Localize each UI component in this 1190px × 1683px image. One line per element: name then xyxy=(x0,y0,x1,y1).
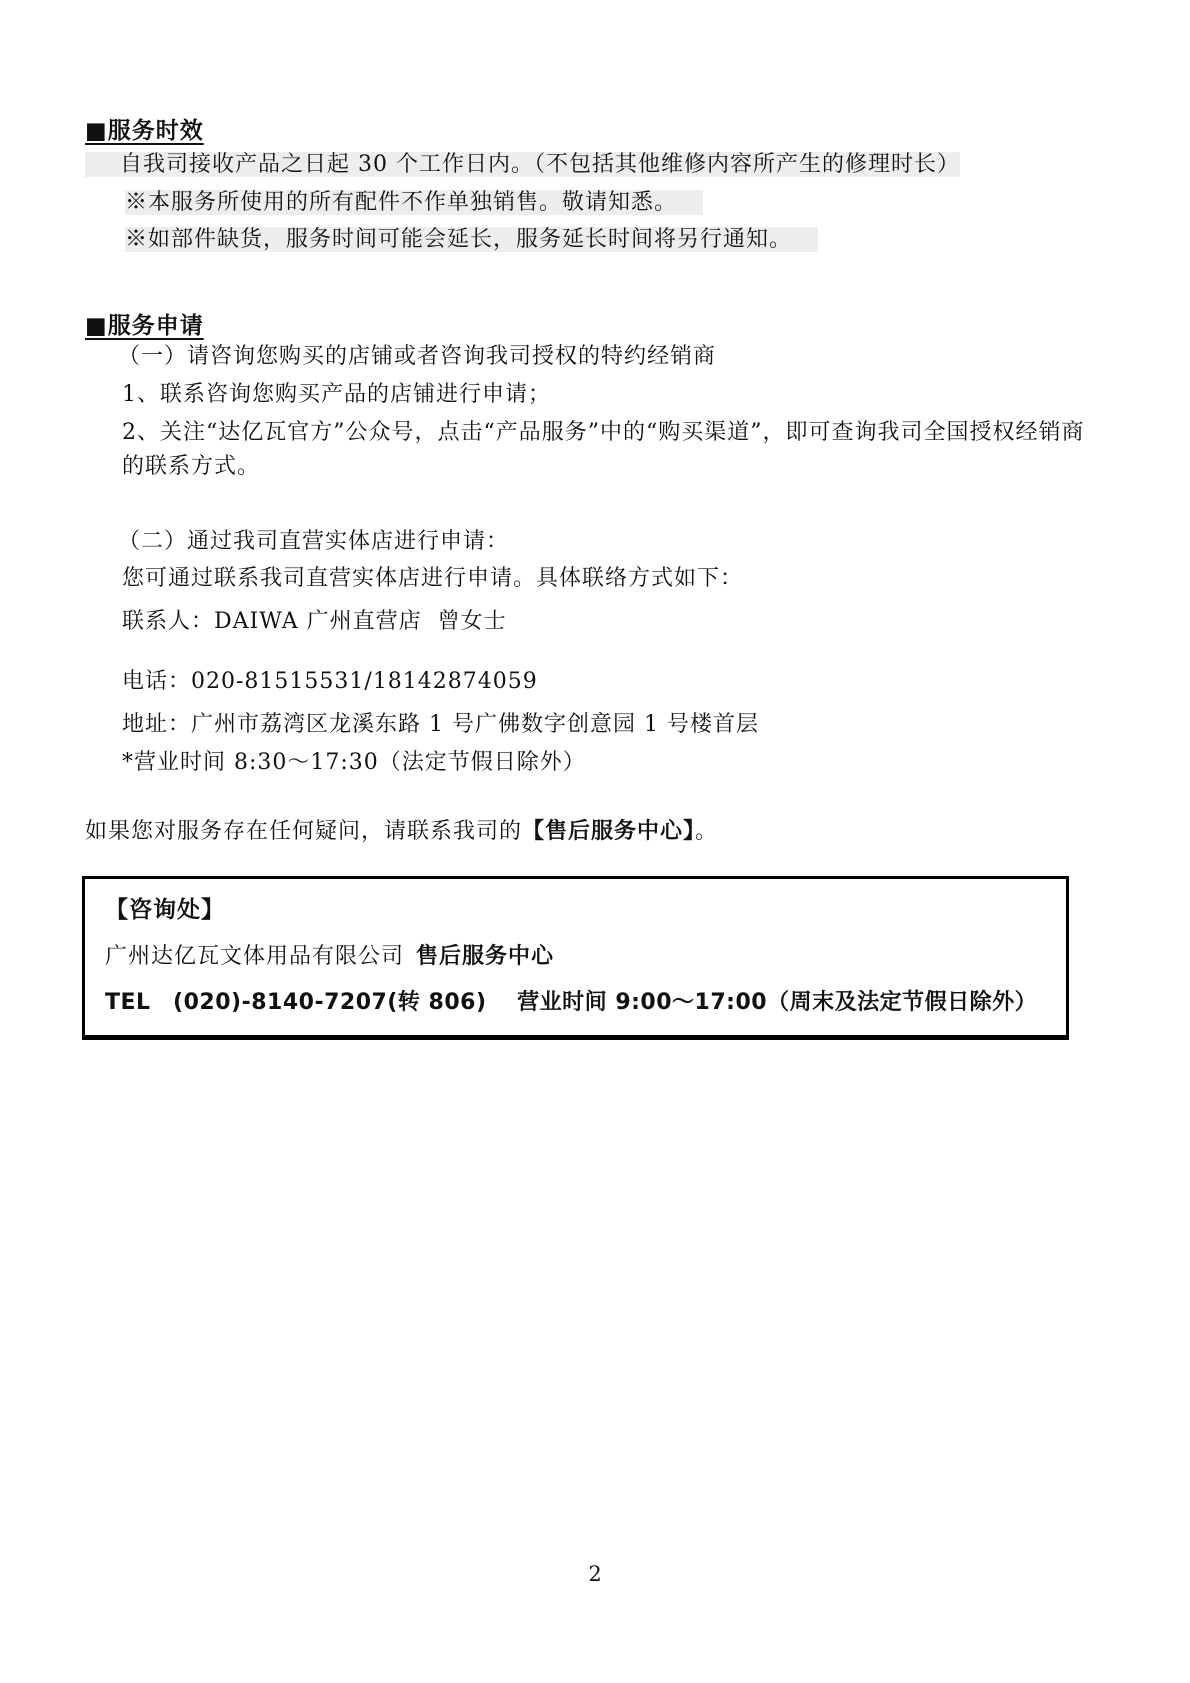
service-note-delay-text: ※如部件缺货，服务时间可能会延长，服务延长时间将另行通知。 xyxy=(125,227,818,252)
inquiry-company-line: 广州达亿瓦文体用品有限公司售后服务中心 xyxy=(105,942,1046,972)
page-number: 2 xyxy=(0,1560,1190,1588)
company-name: 广州达亿瓦文体用品有限公司 xyxy=(105,944,404,969)
option2-title: （二）通过我司直营实体店进行申请： xyxy=(118,527,509,557)
business-hours-line: *营业时间 8:30～17:30（法定节假日除外） xyxy=(122,748,586,778)
section-heading-service-application: ■服务申请 xyxy=(85,307,204,340)
phone-line: 电话：020-81515531/18142874059 xyxy=(122,667,538,697)
inquiry-tel-line: TEL (020)-8140-7207(转 806) 营业时间 9:00～17:… xyxy=(105,988,1046,1018)
address-line: 地址：广州市荔湾区龙溪东路 1 号广佛数字创意园 1 号楼首层 xyxy=(122,710,759,740)
option1-item2-line1: 2、关注“达亿瓦官方”公众号，点击“产品服务”中的“购买渠道”，即可查询我司全国… xyxy=(122,418,1084,448)
contact-note-suffix: 。 xyxy=(695,819,718,844)
service-duration-text: 自我司接收产品之日起 30 个工作日内。（不包括其他维修内容所产生的修理时长） xyxy=(85,152,960,177)
document-page: ■服务时效 自我司接收产品之日起 30 个工作日内。（不包括其他维修内容所产生的… xyxy=(0,0,1190,1683)
section-heading-service-duration: ■服务时效 xyxy=(85,112,204,145)
service-note-parts: ※本服务所使用的所有配件不作单独销售。敬请知悉。 xyxy=(125,188,703,218)
service-note-parts-text: ※本服务所使用的所有配件不作单独销售。敬请知悉。 xyxy=(125,190,703,215)
department-name: 售后服务中心 xyxy=(416,944,554,969)
service-note-delay: ※如部件缺货，服务时间可能会延长，服务延长时间将另行通知。 xyxy=(125,225,818,255)
option1-item1: 1、联系咨询您购买产品的店铺进行申请； xyxy=(122,380,551,410)
option2-description: 您可通过联系我司直营实体店进行申请。具体联络方式如下： xyxy=(122,564,743,594)
contact-person-line: 联系人：DAIWA 广州直营店 曾女士 xyxy=(122,607,507,637)
after-sales-center-emphasis: 【售后服务中心】 xyxy=(522,819,695,844)
inquiry-box-title: 【咨询处】 xyxy=(105,895,1046,925)
option1-item2-line2: 的联系方式。 xyxy=(122,452,260,482)
after-sales-contact-note: 如果您对服务存在任何疑问，请联系我司的【售后服务中心】。 xyxy=(85,817,718,847)
contact-note-prefix: 如果您对服务存在任何疑问，请联系我司的 xyxy=(85,819,522,844)
inquiry-contact-box: 【咨询处】 广州达亿瓦文体用品有限公司售后服务中心 TEL (020)-8140… xyxy=(82,876,1069,1040)
option1-title: （一）请咨询您购买的店铺或者咨询我司授权的特约经销商 xyxy=(118,342,716,372)
service-duration-paragraph: 自我司接收产品之日起 30 个工作日内。（不包括其他维修内容所产生的修理时长） xyxy=(85,150,960,180)
